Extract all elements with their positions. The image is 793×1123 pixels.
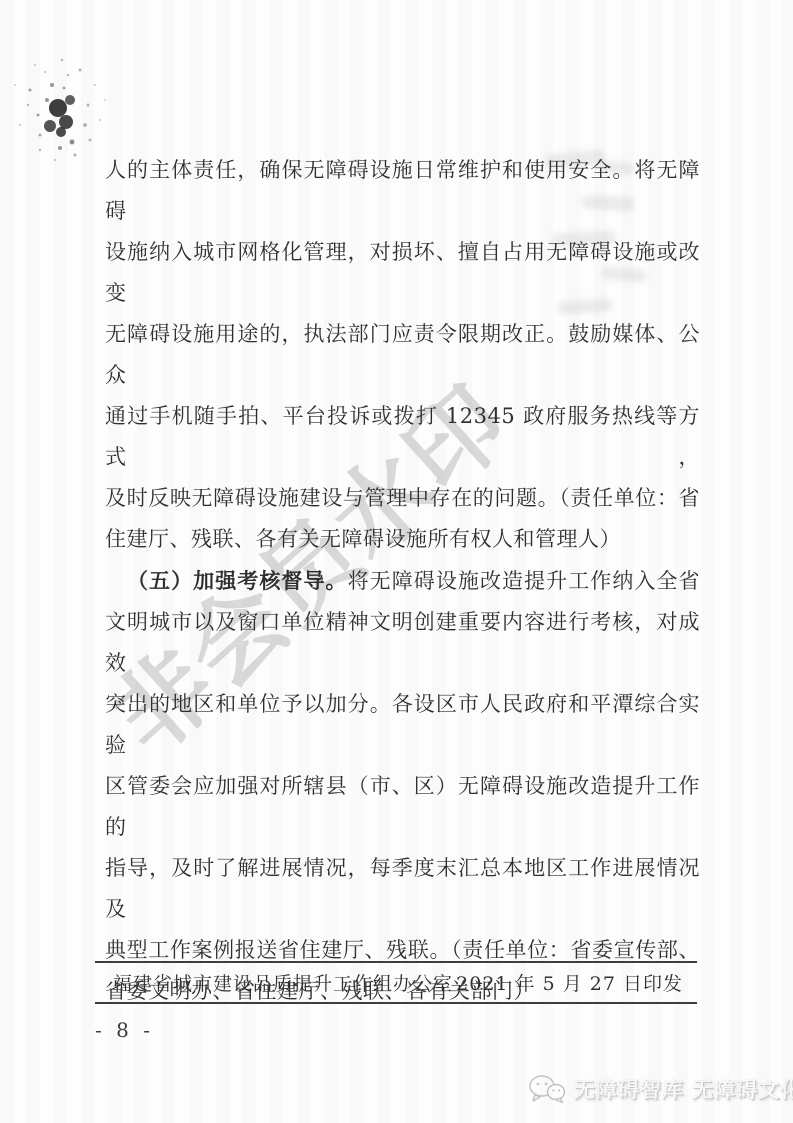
text-line: 及时反映无障碍设施建设与管理中存在的问题。（责任单位：省 xyxy=(105,478,700,519)
text-line: 区管委会应加强对所辖县（市、区）无障碍设施改造提升工作的 xyxy=(105,766,700,848)
text-line: 住建厅、残联、各有关无障碍设施所有权人和管理人） xyxy=(105,519,700,560)
page-number: - 8 - xyxy=(95,1018,154,1042)
wechat-icon xyxy=(528,1074,566,1104)
footer-print-date: 2021 年 5 月 27 日印发 xyxy=(456,969,683,996)
text-line: （五）加强考核督导。将无障碍设施改造提升工作纳入全省 xyxy=(105,560,700,602)
text-line: 人的主体责任，确保无障碍设施日常维护和使用安全。将无障碍 xyxy=(105,150,700,232)
text-line: 无障碍设施用途的，执法部门应责令限期改正。鼓励媒体、公众 xyxy=(105,314,700,396)
footer-rule-top xyxy=(95,961,697,963)
text-line: 设施纳入城市网格化管理，对损坏、擅自占用无障碍设施或改变 xyxy=(105,232,700,314)
text-line: 突出的地区和单位予以加分。各设区市人民政府和平潭综合实验 xyxy=(105,684,700,766)
text-run: 将无障碍设施改造提升工作纳入全省 xyxy=(348,569,700,593)
section-heading-runin: （五）加强考核督导。 xyxy=(127,568,348,593)
ink-smudge-artifact xyxy=(0,30,130,170)
wechat-brandmark: 无障碍智库 无障碍文化 xyxy=(528,1074,793,1104)
footer-issuer: 福建省城市建设品质提升工作组办公室 xyxy=(113,969,453,996)
text-line: 指导，及时了解进展情况，每季度末汇总本地区工作进展情况及 xyxy=(105,848,700,930)
text-line: 典型工作案例报送省住建厅、残联。（责任单位：省委宣传部、 xyxy=(105,930,700,971)
text-line: 通过手机随手拍、平台投诉或拨打 12345 政府服务热线等方式， xyxy=(105,396,700,478)
footer-row: 福建省城市建设品质提升工作组办公室 2021 年 5 月 27 日印发 xyxy=(113,969,683,996)
wechat-brandmark-label: 无障碍智库 无障碍文化 xyxy=(574,1074,793,1104)
text-line: 文明城市以及窗口单位精神文明创建重要内容进行考核，对成效 xyxy=(105,602,700,684)
document-body: 人的主体责任，确保无障碍设施日常维护和使用安全。将无障碍设施纳入城市网格化管理，… xyxy=(105,150,700,1012)
footer-rule-bottom xyxy=(95,1002,697,1004)
scanned-document-page: { "document": { "paragraphs": [ { "lines… xyxy=(0,0,793,1123)
